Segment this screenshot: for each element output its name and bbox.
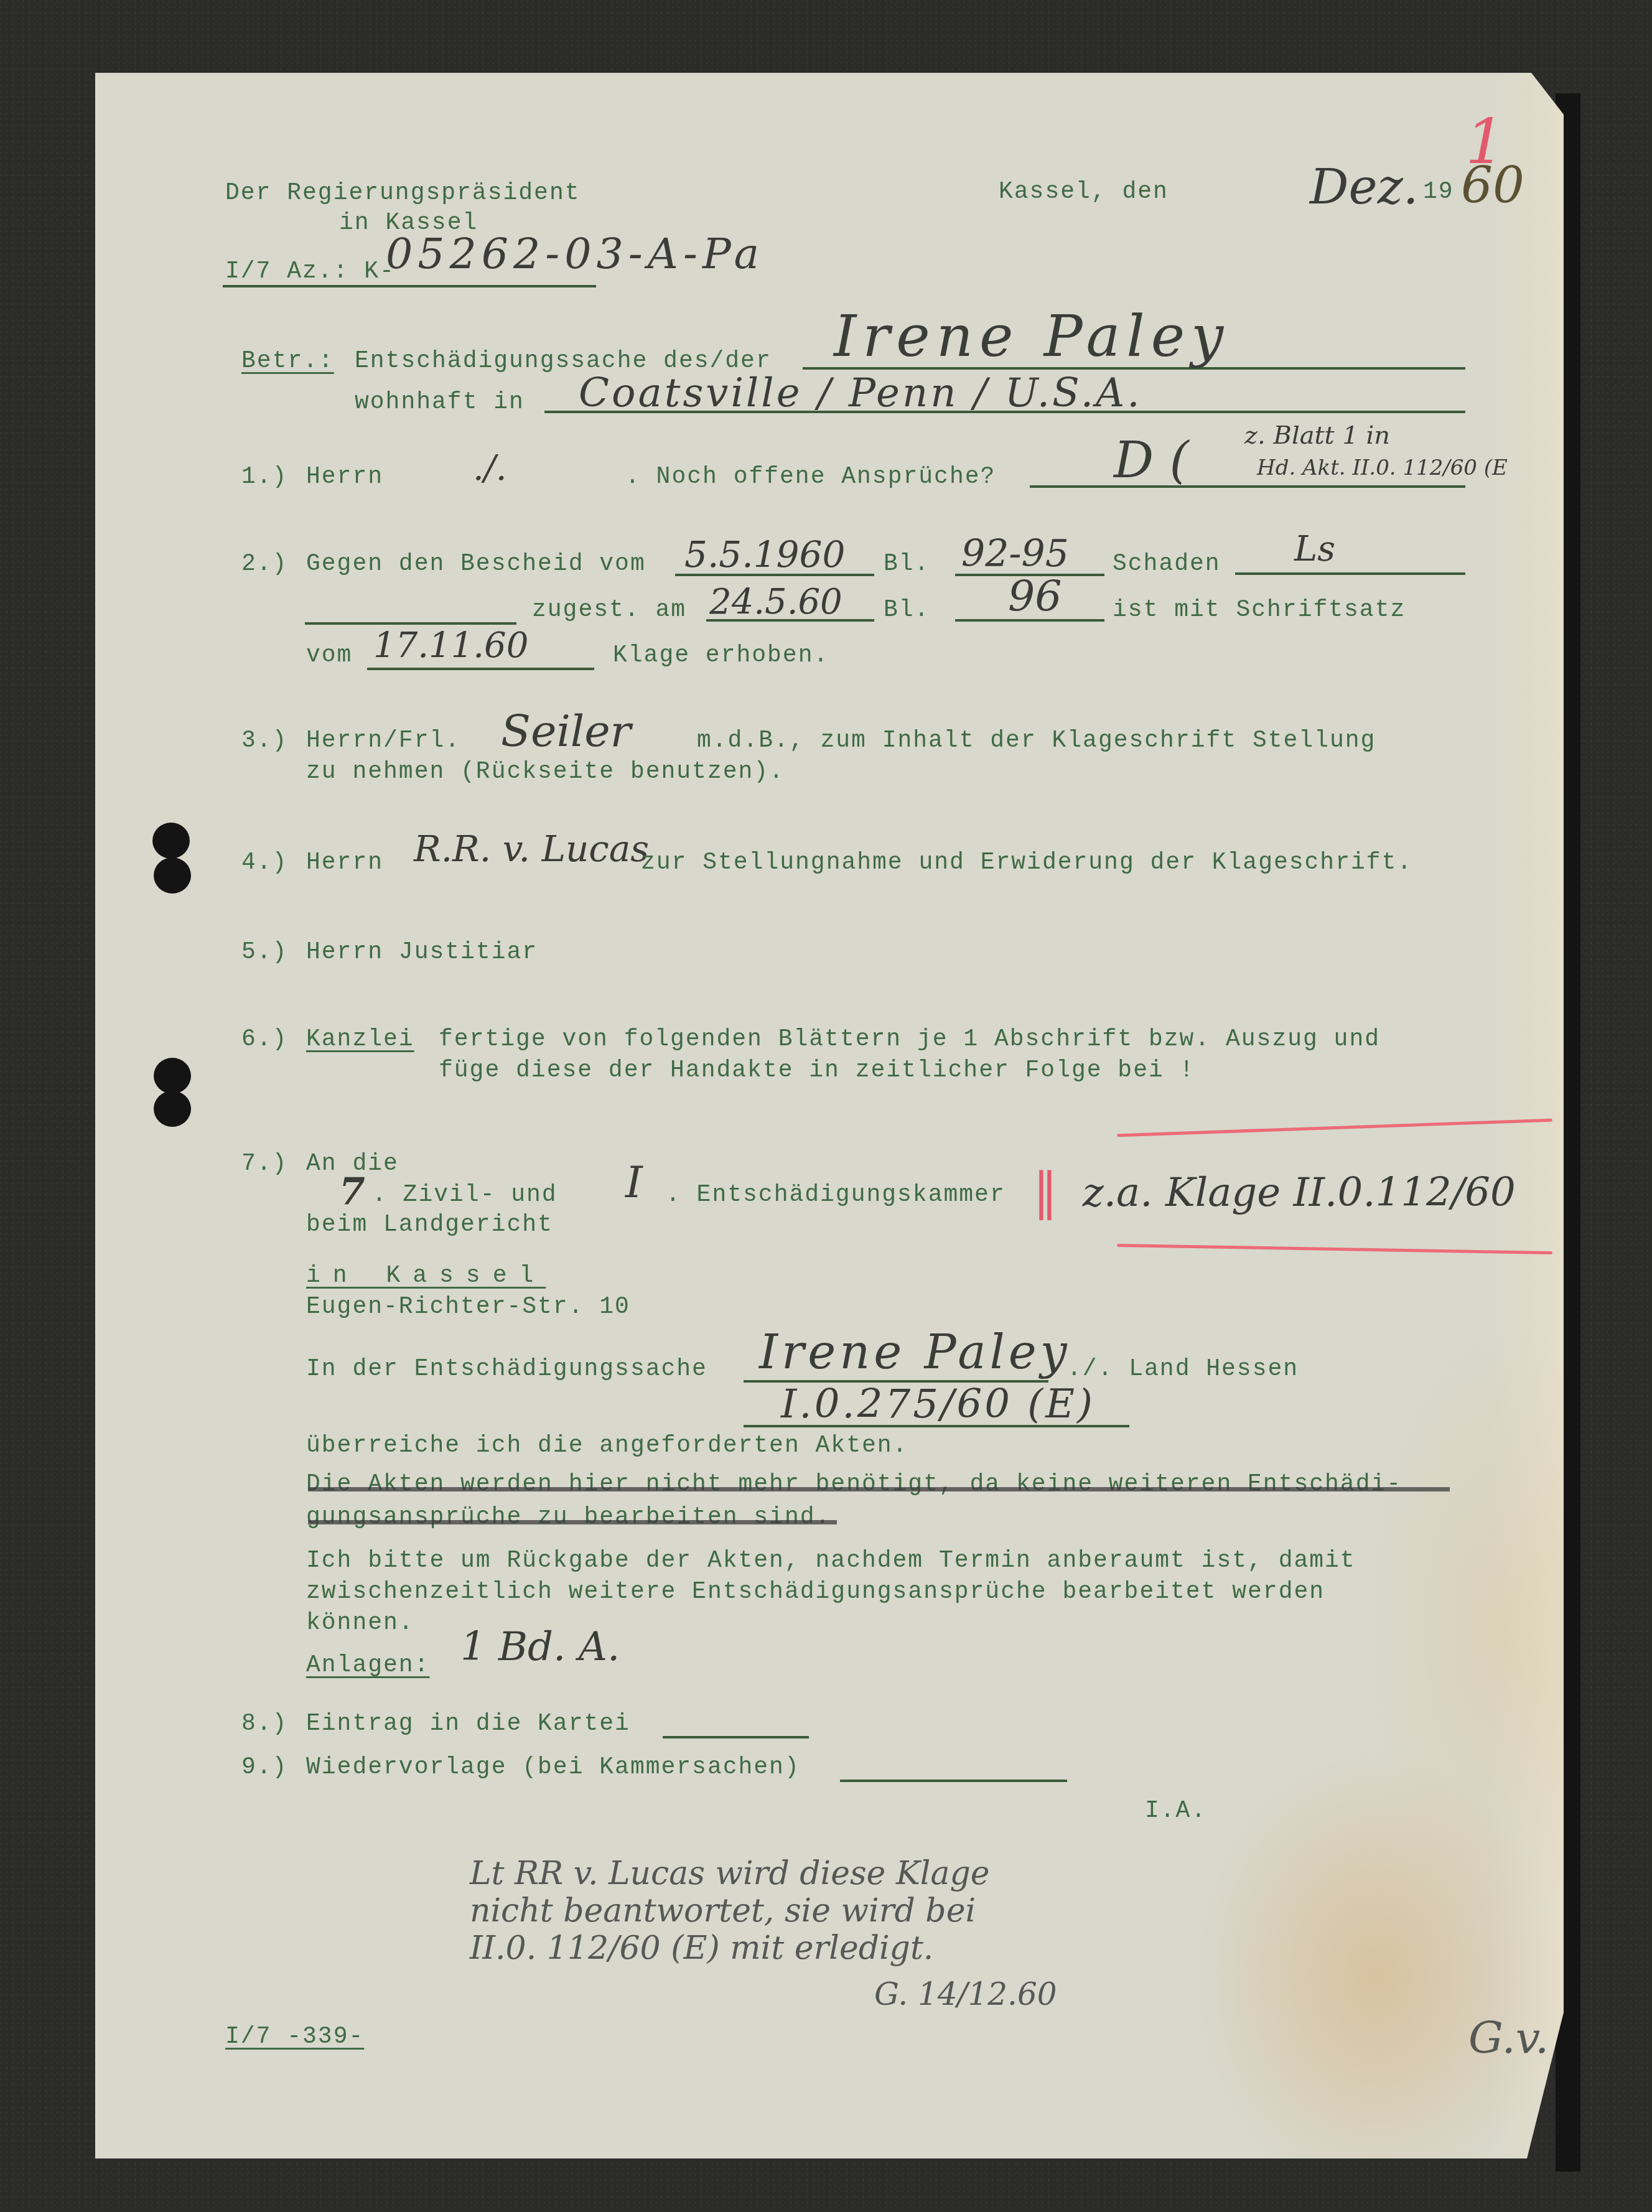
- item-1-number: 1.): [241, 465, 287, 489]
- item-1-note-line2: Hd. Akt. II.0. 112/60 (E: [1257, 457, 1508, 478]
- item-1-handwritten-dash: ./.: [473, 451, 506, 486]
- item-8-text: Eintrag in die Kartei: [306, 1712, 630, 1736]
- file-ref-handwritten: 05262-03-A-Pa: [386, 233, 764, 276]
- request-line1: Ich bitte um Rückgabe der Akten, nachdem…: [306, 1549, 1356, 1573]
- item-7-number: 7.): [241, 1152, 287, 1176]
- request-line2: zwischenzeitlich weitere Entschädigungsa…: [306, 1580, 1325, 1604]
- struck-text-line2: gungsansprüche zu bearbeiten sind.: [306, 1506, 831, 1529]
- item-5-text: Herrn Justitiar: [306, 941, 538, 964]
- file-ref-underline: [223, 285, 596, 287]
- schriftsatz-date-handwritten: 17.11.60: [373, 628, 528, 663]
- punch-hole: [154, 1058, 191, 1094]
- ia-signature-label: I.A.: [1145, 1799, 1206, 1823]
- residence-handwritten: Coatsville / Penn / U.S.A.: [579, 373, 1142, 413]
- schaden-handwritten: Ls: [1294, 532, 1335, 567]
- pencil-note-line1: Lt RR v. Lucas wird diese Klage: [470, 1857, 989, 1890]
- item-6-number: 6.): [241, 1028, 287, 1052]
- case-against: ./. Land Hessen: [1067, 1358, 1299, 1381]
- item-1-question: . Noch offene Ansprüche?: [625, 465, 996, 489]
- item-4-label: Herrn: [306, 851, 383, 875]
- schaden-underline: [1235, 572, 1465, 575]
- item-2-number: 2.): [241, 553, 287, 576]
- page-number-red: 1: [1465, 111, 1505, 173]
- court-line: beim Landgericht: [306, 1213, 553, 1237]
- schaden-label: Schaden: [1113, 553, 1221, 576]
- item-9-text: Wiedervorlage (bei Kammersachen): [306, 1756, 800, 1780]
- punch-hole: [154, 857, 191, 894]
- pencil-note-initials-date: G. 14/12.60: [874, 1979, 1057, 2010]
- item-2-text-b: zugest. am: [532, 599, 686, 622]
- item-4-number: 4.): [241, 851, 287, 875]
- hand-over-text: überreiche ich die angeforderten Akten.: [306, 1434, 908, 1458]
- attachments-handwritten: 1 Bd. A.: [460, 1627, 620, 1667]
- item-1-answer-underline: [1030, 485, 1465, 488]
- item-8-underline: [663, 1736, 809, 1738]
- item-2-text-a: Gegen den Bescheid vom: [306, 553, 646, 576]
- file-ref-label: I/7 Az.: K-: [225, 260, 395, 284]
- court-city: in Kassel: [306, 1264, 546, 1288]
- item-3-number: 3.): [241, 729, 287, 753]
- item-6-text-line1: fertige von folgenden Blättern je 1 Absc…: [439, 1028, 1380, 1052]
- red-note-bars: ‖: [1033, 1167, 1058, 1216]
- struck-text-line1: Die Akten werden hier nicht mehr benötig…: [306, 1473, 1402, 1496]
- place-date-label: Kassel, den: [999, 180, 1169, 204]
- item-3-text-line2: zu nehmen (Rückseite benutzen).: [306, 760, 785, 784]
- item-2-text-d: Klage erhoben.: [613, 644, 829, 668]
- chamber-number-handwritten: I: [625, 1160, 643, 1204]
- zugest-prefix-underline: [305, 622, 516, 625]
- strike-through-2: [308, 1520, 837, 1524]
- corner-initials: G.v.: [1468, 2016, 1549, 2060]
- item-1-answer-handwritten: D (: [1114, 436, 1189, 485]
- item-6-kanzlei-label: Kanzlei: [306, 1028, 414, 1052]
- item-2-bl-label: Bl.: [884, 553, 930, 576]
- bl2-handwritten: 96: [1008, 576, 1062, 618]
- item-4-text: zur Stellungnahme und Erwiderung der Kla…: [641, 851, 1412, 875]
- claimant-handwritten: Irene Paley: [834, 308, 1230, 365]
- item-3-label: Herrn/Frl.: [306, 729, 460, 753]
- item-9-underline: [840, 1780, 1067, 1782]
- item-1-label: Herrn: [306, 465, 383, 489]
- item-2-vom-label: vom: [306, 644, 352, 668]
- item-1-note-line1: z. Blatt 1 in: [1244, 423, 1390, 448]
- item-3-handwritten-name: Seiler: [501, 709, 631, 753]
- schriftsatz-date-underline: [367, 668, 594, 670]
- bescheid-date-handwritten: 5.5.1960: [684, 536, 845, 572]
- residence-label: wohnhaft in: [355, 391, 525, 414]
- civil-number-handwritten: 7: [339, 1173, 365, 1210]
- bl-range-handwritten: 92-95: [961, 535, 1069, 572]
- red-note-handwritten: z.a. Klage II.0.112/60: [1083, 1173, 1516, 1213]
- item-9-number: 9.): [241, 1756, 287, 1780]
- zugest-date-handwritten: 24.5.60: [709, 585, 842, 620]
- item-2-text-c: ist mit Schriftsatz: [1113, 599, 1406, 622]
- court-street: Eugen-Richter-Str. 10: [306, 1295, 630, 1319]
- item-5-number: 5.): [241, 941, 287, 964]
- authority-name: Der Regierungspräsident: [225, 182, 581, 205]
- item-4-handwritten-name: R.R. v. Lucas: [414, 831, 649, 867]
- subject-label: Betr.:: [241, 350, 334, 373]
- civil-chamber-text: . Zivil- und: [372, 1183, 558, 1207]
- attachments-label: Anlagen:: [306, 1654, 429, 1678]
- case-name-handwritten: Irene Paley: [759, 1328, 1071, 1376]
- case-number-handwritten: I.0.275/60 (E): [781, 1384, 1095, 1424]
- form-number: I/7 -339-: [225, 2025, 364, 2049]
- pencil-note-line2: nicht beantwortet, sie wird bei: [470, 1895, 976, 1927]
- punch-hole: [152, 823, 190, 859]
- item-3-text-line1: m.d.B., zum Inhalt der Klageschrift Stel…: [697, 729, 1376, 753]
- date-month-handwritten: Dez.: [1310, 163, 1419, 212]
- request-line3: können.: [306, 1612, 414, 1635]
- punch-hole: [154, 1091, 191, 1127]
- pencil-note-line3: II.0. 112/60 (E) mit erledigt.: [470, 1932, 933, 1964]
- item-2-bl2-label: Bl.: [884, 599, 930, 622]
- item-8-number: 8.): [241, 1712, 287, 1736]
- date-year-typed: 19: [1423, 180, 1454, 204]
- item-6-text-line2: füge diese der Handakte in zeitlicher Fo…: [439, 1059, 1195, 1083]
- case-intro: In der Entschädigungssache: [306, 1358, 707, 1381]
- strike-through-1: [308, 1487, 1450, 1491]
- compensation-chamber-text: . Entschädigungskammer: [666, 1183, 1006, 1207]
